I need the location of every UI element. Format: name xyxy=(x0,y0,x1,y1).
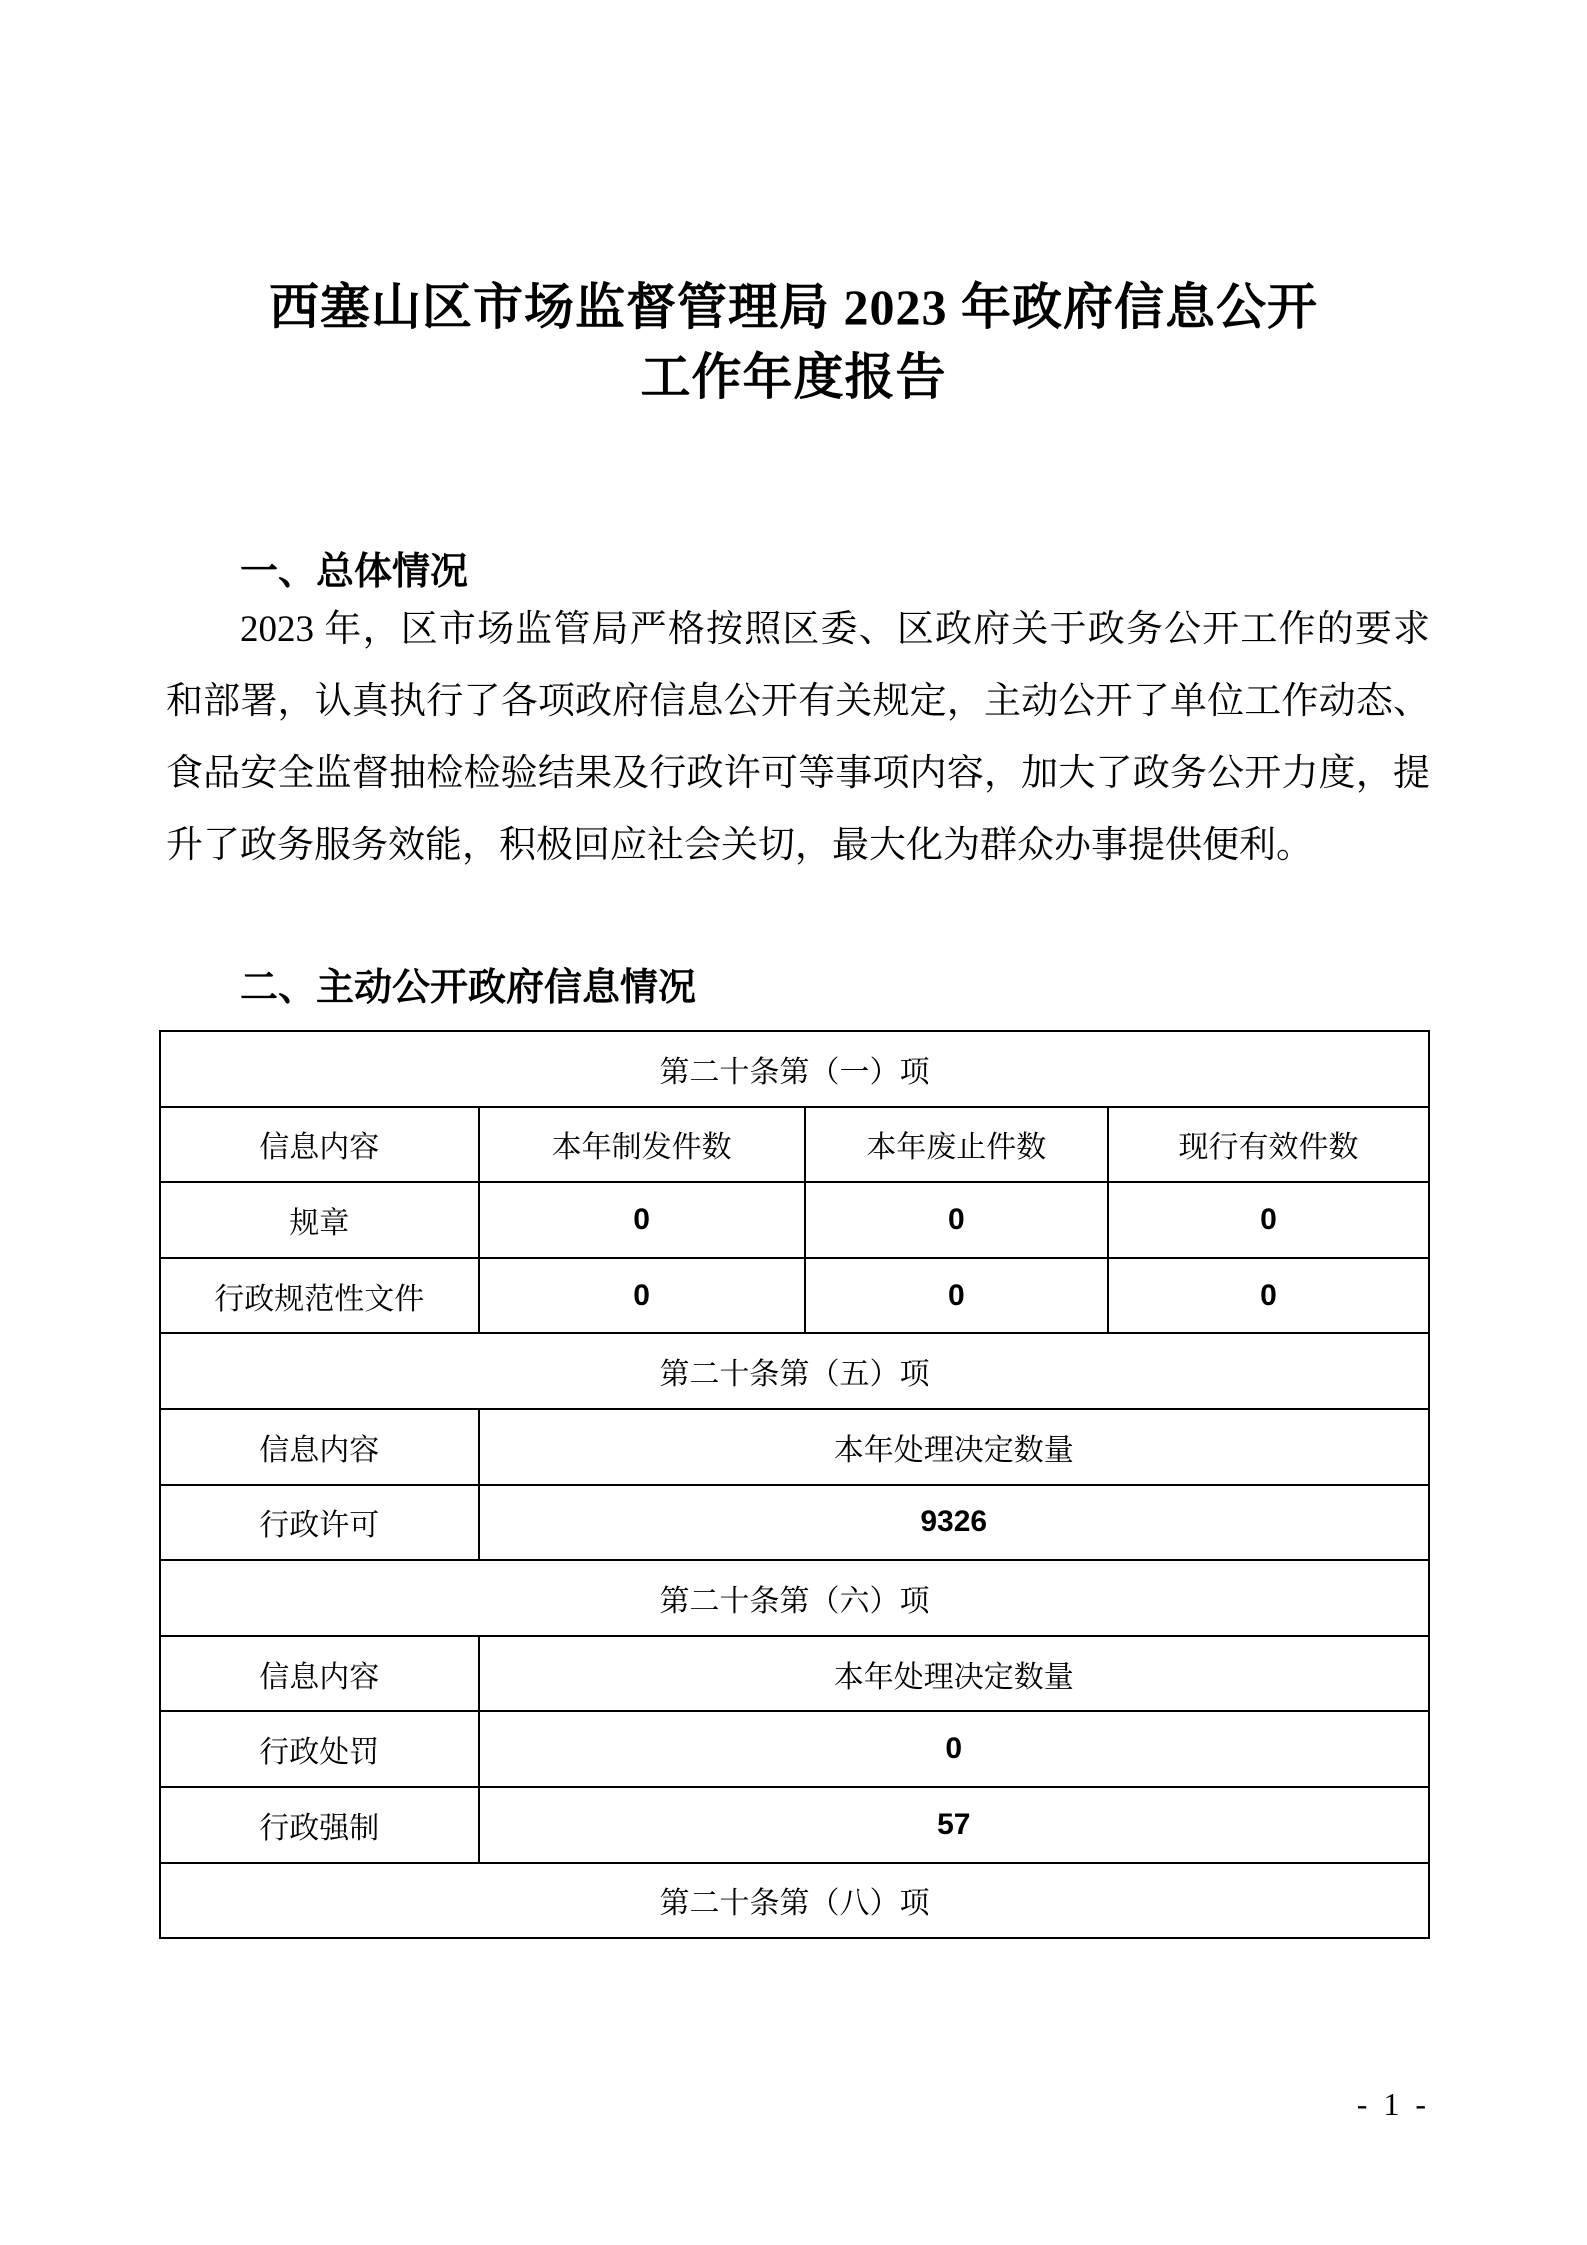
disclosure-table: 第二十条第（一）项 信息内容 本年制发件数 本年废止件数 现行有效件数 规章 0… xyxy=(159,1030,1430,1939)
row-label-administrative-coercion: 行政强制 xyxy=(160,1787,479,1863)
table-caption-article20-item5: 第二十条第（五）项 xyxy=(160,1333,1429,1409)
value-administrative-license-count: 9326 xyxy=(479,1485,1429,1561)
table-caption-article20-item6: 第二十条第（六）项 xyxy=(160,1560,1429,1636)
table-row: 行政规范性文件 0 0 0 xyxy=(160,1258,1429,1334)
value-administrative-coercion-count: 57 xyxy=(479,1787,1429,1863)
column-header-info-content: 信息内容 xyxy=(160,1107,479,1183)
section-heading-proactive-disclosure: 二、主动公开政府信息情况 xyxy=(240,966,696,1010)
value-administrative-penalty-count: 0 xyxy=(479,1711,1429,1787)
column-header-info-content: 信息内容 xyxy=(160,1409,479,1485)
table-row: 行政许可 9326 xyxy=(160,1485,1429,1561)
page-number: - 1 - xyxy=(0,2086,1430,2123)
table-row: 行政强制 57 xyxy=(160,1787,1429,1863)
column-header-decisions-this-year: 本年处理决定数量 xyxy=(479,1409,1429,1485)
section-heading-overall-situation: 一、总体情况 xyxy=(240,550,468,594)
table-row: 规章 0 0 0 xyxy=(160,1182,1429,1258)
overall-situation-paragraph: 2023 年，区市场监管局严格按照区委、区政府关于政务公开工作的要求和部署，认真… xyxy=(166,594,1430,882)
value-regulations-effective: 0 xyxy=(1108,1182,1429,1258)
table-row: 行政处罚 0 xyxy=(160,1711,1429,1787)
value-regulations-issued: 0 xyxy=(479,1182,805,1258)
table-row: 第二十条第（五）项 xyxy=(160,1333,1429,1409)
table-row: 信息内容 本年处理决定数量 xyxy=(160,1409,1429,1485)
value-regulations-repealed: 0 xyxy=(805,1182,1108,1258)
column-header-decisions-this-year: 本年处理决定数量 xyxy=(479,1636,1429,1712)
table-caption-article20-item8: 第二十条第（八）项 xyxy=(160,1863,1429,1939)
table-caption-article20-item1: 第二十条第（一）项 xyxy=(160,1031,1429,1107)
document-title-line-2: 工作年度报告 xyxy=(0,342,1587,412)
row-label-administrative-license: 行政许可 xyxy=(160,1485,479,1561)
table-row: 信息内容 本年处理决定数量 xyxy=(160,1636,1429,1712)
row-label-regulations: 规章 xyxy=(160,1182,479,1258)
table-row: 信息内容 本年制发件数 本年废止件数 现行有效件数 xyxy=(160,1107,1429,1183)
row-label-normative-documents: 行政规范性文件 xyxy=(160,1258,479,1334)
table-row: 第二十条第（八）项 xyxy=(160,1863,1429,1939)
document-page: 西塞山区市场监督管理局 2023 年政府信息公开 工作年度报告 一、总体情况 2… xyxy=(0,0,1587,2245)
document-title: 西塞山区市场监督管理局 2023 年政府信息公开 工作年度报告 xyxy=(0,272,1587,412)
column-header-repealed-this-year: 本年废止件数 xyxy=(805,1107,1108,1183)
table-row: 第二十条第（一）项 xyxy=(160,1031,1429,1107)
column-header-info-content: 信息内容 xyxy=(160,1636,479,1712)
row-label-administrative-penalty: 行政处罚 xyxy=(160,1711,479,1787)
value-normative-issued: 0 xyxy=(479,1258,805,1334)
column-header-currently-effective: 现行有效件数 xyxy=(1108,1107,1429,1183)
column-header-issued-this-year: 本年制发件数 xyxy=(479,1107,805,1183)
table-row: 第二十条第（六）项 xyxy=(160,1560,1429,1636)
document-title-line-1: 西塞山区市场监督管理局 2023 年政府信息公开 xyxy=(0,272,1587,342)
value-normative-effective: 0 xyxy=(1108,1258,1429,1334)
disclosure-table-container: 第二十条第（一）项 信息内容 本年制发件数 本年废止件数 现行有效件数 规章 0… xyxy=(159,1030,1430,1938)
value-normative-repealed: 0 xyxy=(805,1258,1108,1334)
